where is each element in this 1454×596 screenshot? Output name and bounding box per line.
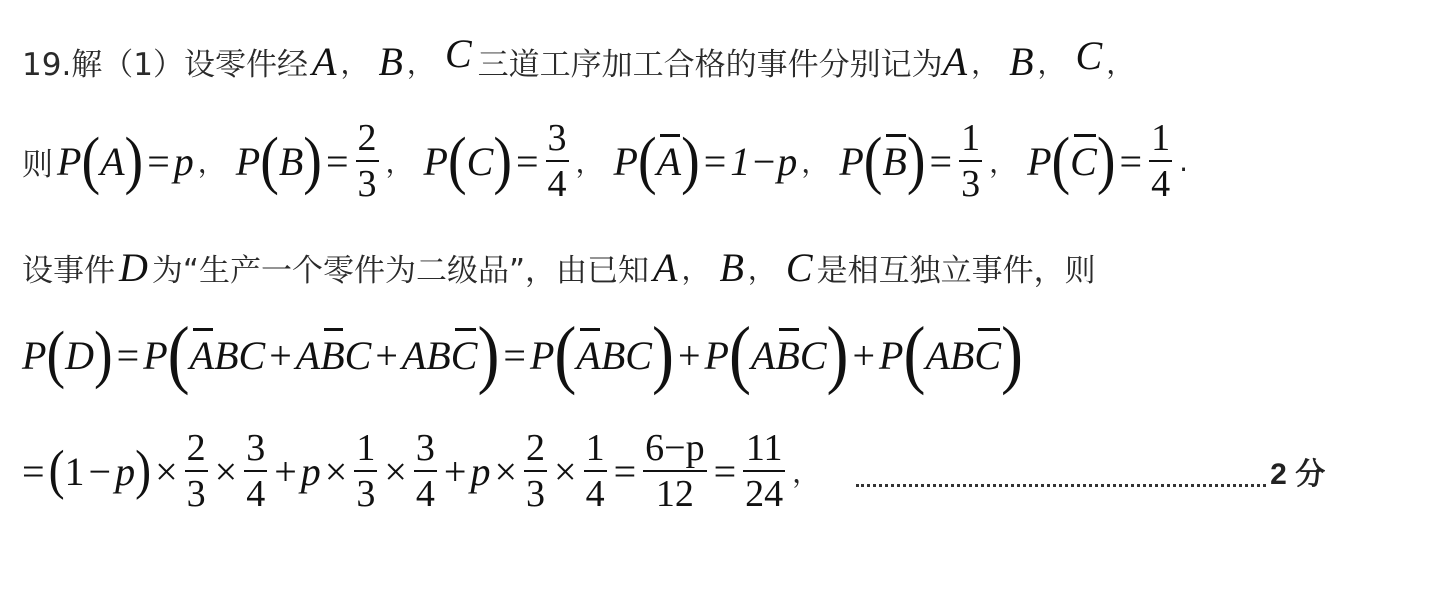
pA-value: p [174, 138, 194, 185]
solution-line-5: = (1−p) × 23 × 34 +p× 13 × 34 +p× 23 × 1… [22, 428, 1325, 514]
pAbar-value: 1−p [730, 138, 797, 185]
pC-fraction: 34 [546, 118, 569, 204]
result-fraction-2: 1124 [743, 428, 785, 514]
pBbar-fraction: 13 [959, 118, 982, 204]
solution-line-2: 则 P(A) = p ， P(B) = 23 ， P(C) = 34 ， P(A… [22, 118, 1198, 204]
intro-text: 19.解（1）设零件经 [22, 39, 308, 84]
then-text: 则 [22, 139, 53, 184]
middle-text: 三道工序加工合格的事件分别记为 [478, 39, 943, 84]
var-a: A [312, 38, 336, 85]
pB-fraction: 23 [356, 118, 379, 204]
event-b: B [1009, 38, 1033, 85]
var-b: B [378, 38, 402, 85]
var-c: C [445, 30, 472, 77]
pCbar-fraction: 14 [1149, 118, 1172, 204]
solution-line-1: 19.解（1）设零件经 A ， B ， C 三道工序加工合格的事件分别记为 A … [22, 38, 1144, 85]
var-d: D [119, 244, 148, 291]
solution-line-4: P(D) = P( ABC+ABC+ABC ) = P(ABC) + P(ABC… [22, 322, 1023, 388]
event-a: A [943, 38, 967, 85]
result-fraction-1: 6−p12 [643, 428, 706, 514]
score-label: 2 分 [1270, 449, 1325, 493]
solution-line-3: 设事件 D 为“生产一个零件为二级品”，由已知 A ， B ， C 是相互独立事… [22, 244, 1096, 291]
event-c: C [1076, 32, 1103, 79]
dotted-leader [856, 484, 1266, 487]
